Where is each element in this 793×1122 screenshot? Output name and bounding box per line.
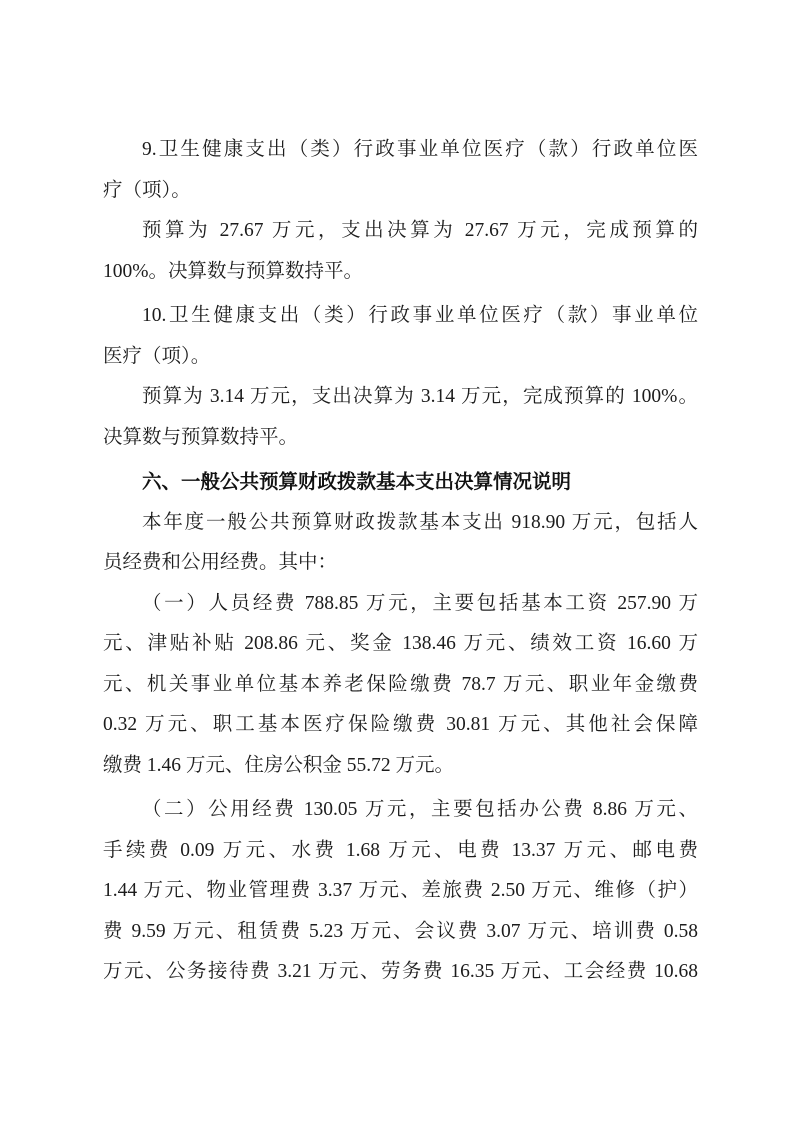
text-line: （一）人员经费 788.85 万元，主要包括基本工资 257.90 万 xyxy=(103,584,698,625)
text-line: 元、机关事业单位基本养老保险缴费 78.7 万元、职业年金缴费 xyxy=(103,665,698,706)
paragraph-item-10-title: 10.卫生健康支出（类）行政事业单位医疗（款）事业单位 医疗（项）。 xyxy=(103,296,698,377)
section-heading-text: 六、一般公共预算财政拨款基本支出决算情况说明 xyxy=(103,462,698,503)
section-heading: 六、一般公共预算财政拨款基本支出决算情况说明 xyxy=(103,462,698,503)
text-line: （二）公用经费 130.05 万元，主要包括办公费 8.86 万元、 xyxy=(103,790,698,831)
paragraph-section-intro: 本年度一般公共预算财政拨款基本支出 918.90 万元，包括人 员经费和公用经费… xyxy=(103,503,698,584)
text-line: 万元、公务接待费 3.21 万元、劳务费 16.35 万元、工会经费 10.68 xyxy=(103,952,698,993)
text-line: 决算数与预算数持平。 xyxy=(103,418,698,459)
paragraph-personnel-expense: （一）人员经费 788.85 万元，主要包括基本工资 257.90 万 元、津贴… xyxy=(103,584,698,787)
text-line: 疗（项）。 xyxy=(103,171,698,212)
paragraph-item-9-title: 9.卫生健康支出（类）行政事业单位医疗（款）行政单位医 疗（项）。 xyxy=(103,130,698,211)
text-line: 9.卫生健康支出（类）行政事业单位医疗（款）行政单位医 xyxy=(103,130,698,171)
text-line: 缴费 1.46 万元、住房公积金 55.72 万元。 xyxy=(103,746,698,787)
text-line: 1.44 万元、物业管理费 3.37 万元、差旅费 2.50 万元、维修（护） xyxy=(103,871,698,912)
paragraph-item-9-detail: 预算为 27.67 万元，支出决算为 27.67 万元，完成预算的 100%。决… xyxy=(103,211,698,292)
text-line: 费 9.59 万元、租赁费 5.23 万元、会议费 3.07 万元、培训费 0.… xyxy=(103,912,698,953)
text-line: 本年度一般公共预算财政拨款基本支出 918.90 万元，包括人 xyxy=(103,503,698,544)
text-line: 元、津贴补贴 208.86 元、奖金 138.46 万元、绩效工资 16.60 … xyxy=(103,624,698,665)
paragraph-item-10-detail: 预算为 3.14 万元，支出决算为 3.14 万元，完成预算的 100%。 决算… xyxy=(103,377,698,458)
text-line: 100%。决算数与预算数持平。 xyxy=(103,252,698,293)
text-line: 手续费 0.09 万元、水费 1.68 万元、电费 13.37 万元、邮电费 xyxy=(103,831,698,872)
document-page: 9.卫生健康支出（类）行政事业单位医疗（款）行政单位医 疗（项）。 预算为 27… xyxy=(0,0,793,1122)
paragraph-public-expense: （二）公用经费 130.05 万元，主要包括办公费 8.86 万元、 手续费 0… xyxy=(103,790,698,993)
text-line: 预算为 27.67 万元，支出决算为 27.67 万元，完成预算的 xyxy=(103,211,698,252)
text-line: 医疗（项）。 xyxy=(103,337,698,378)
text-line: 员经费和公用经费。其中： xyxy=(103,543,698,584)
text-line: 10.卫生健康支出（类）行政事业单位医疗（款）事业单位 xyxy=(103,296,698,337)
text-line: 预算为 3.14 万元，支出决算为 3.14 万元，完成预算的 100%。 xyxy=(103,377,698,418)
text-line: 0.32 万元、职工基本医疗保险缴费 30.81 万元、其他社会保障 xyxy=(103,705,698,746)
